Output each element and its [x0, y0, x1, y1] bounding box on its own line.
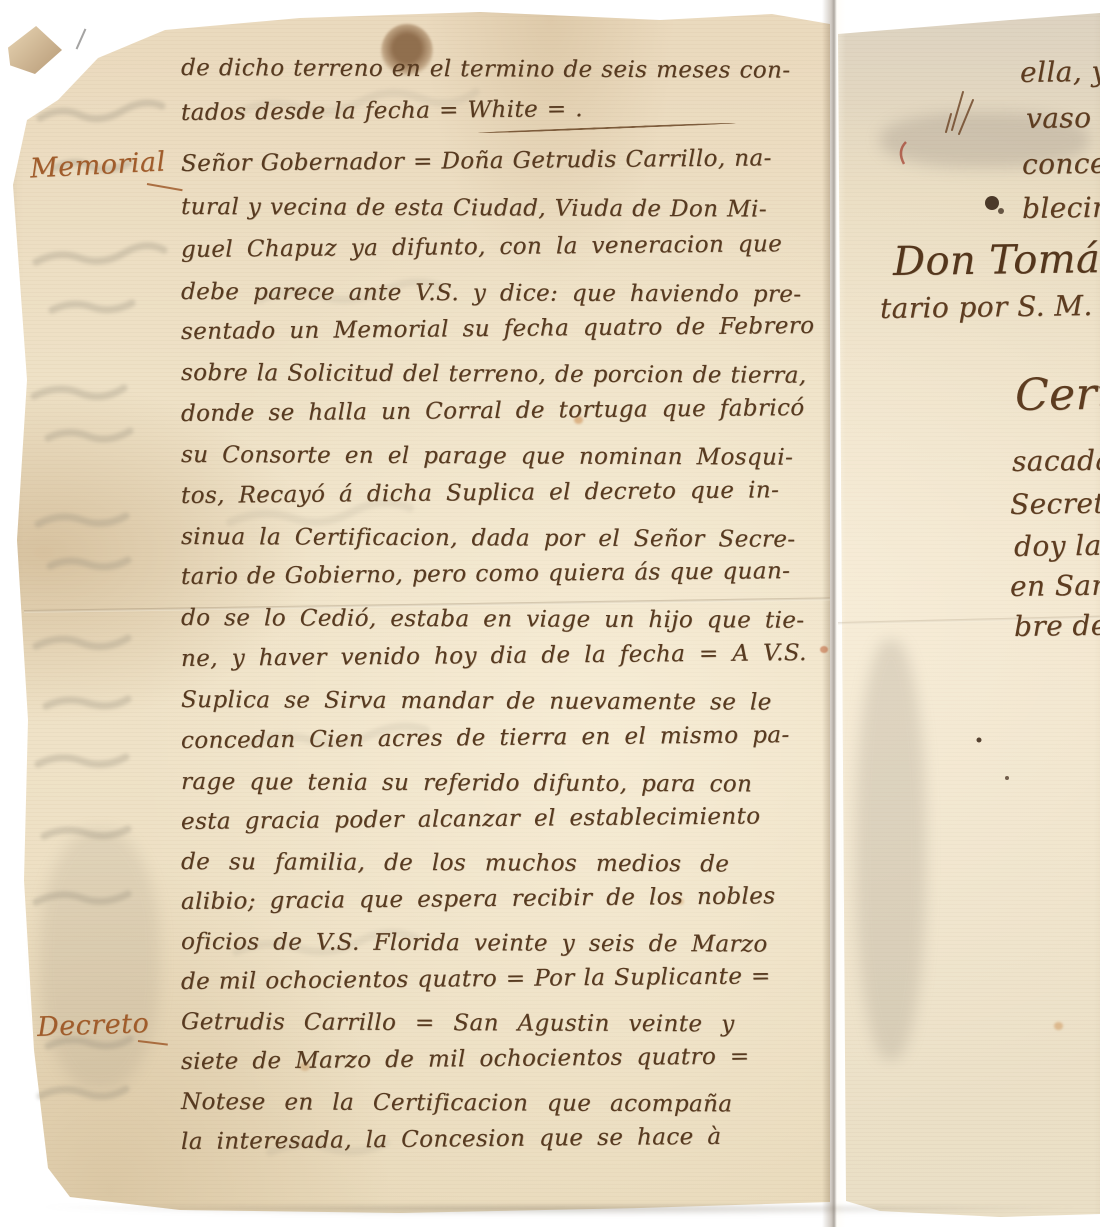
manuscript-line-right: doy la: [1014, 531, 1100, 563]
manuscript-line: rage que tenia su referido difunto, para…: [181, 770, 752, 798]
paper-smudge: [40, 830, 160, 1090]
manuscript-line: debe parece ante V.S. y dice: que havien…: [181, 280, 802, 308]
manuscript-line: de su familia, de los muchos medios de: [181, 850, 729, 878]
pencil-mark: [76, 29, 87, 50]
manuscript-line-right: Don Tomás: [893, 237, 1100, 284]
manuscript-line: oficios de V.S. Florida veinte y seis de…: [181, 930, 768, 958]
manuscript-line: Notese en la Certificacion que acompaña: [181, 1090, 733, 1118]
fox-spot: [820, 646, 828, 653]
manuscript-line-right: Certi: [1015, 370, 1100, 420]
manuscript-line-right: Secret: [1010, 489, 1100, 521]
manuscript-line-right: ella, y: [1020, 57, 1100, 89]
margin-note-memorial: Memorial: [29, 148, 166, 182]
manuscript-line-right: sacada: [1012, 446, 1100, 478]
manuscript-line: Suplica se Sirva mandar de nuevamente se…: [181, 688, 772, 716]
fox-spot: [1054, 1022, 1063, 1030]
manuscript-line-right: vaso: [1026, 103, 1092, 135]
manuscript-line: de dicho terreno en el termino de seis m…: [181, 56, 791, 84]
page-fold-seam: [822, 0, 846, 1227]
paper-smudge: [856, 640, 926, 1060]
manuscript-line: tural y vecina de esta Ciudad, Viuda de …: [181, 195, 767, 223]
manuscript-line: su Consorte en el parage que nominan Mos…: [181, 443, 793, 471]
manuscript-line-right: concedi: [1022, 148, 1100, 180]
manuscript-line: Getrudis Carrillo = San Agustin veinte y: [181, 1010, 735, 1038]
manuscript-line: sobre la Solicitud del terreno, de porci…: [181, 361, 807, 389]
scanned-manuscript: Memorial Decreto de dicho terreno en el …: [0, 0, 1100, 1227]
manuscript-line-right: blecimi: [1022, 193, 1100, 225]
page-edge-shadow: [30, 1206, 1090, 1216]
manuscript-line: la interesada, la Concesion que se hace …: [181, 1125, 722, 1155]
manuscript-line-right: en San: [1010, 571, 1100, 603]
torn-corner-flap: [8, 26, 62, 74]
manuscript-line-right: bre de: [1014, 611, 1100, 643]
manuscript-line: do se lo Cedió, estaba en viage un hijo …: [181, 606, 805, 634]
margin-note-decreto: Decreto: [37, 1010, 150, 1041]
manuscript-line: sinua la Certificacion, dada por el Seño…: [181, 525, 796, 553]
manuscript-line: tados desde la fecha = White = .: [181, 97, 583, 126]
manuscript-line-right: tario por S. M.: [880, 291, 1093, 325]
